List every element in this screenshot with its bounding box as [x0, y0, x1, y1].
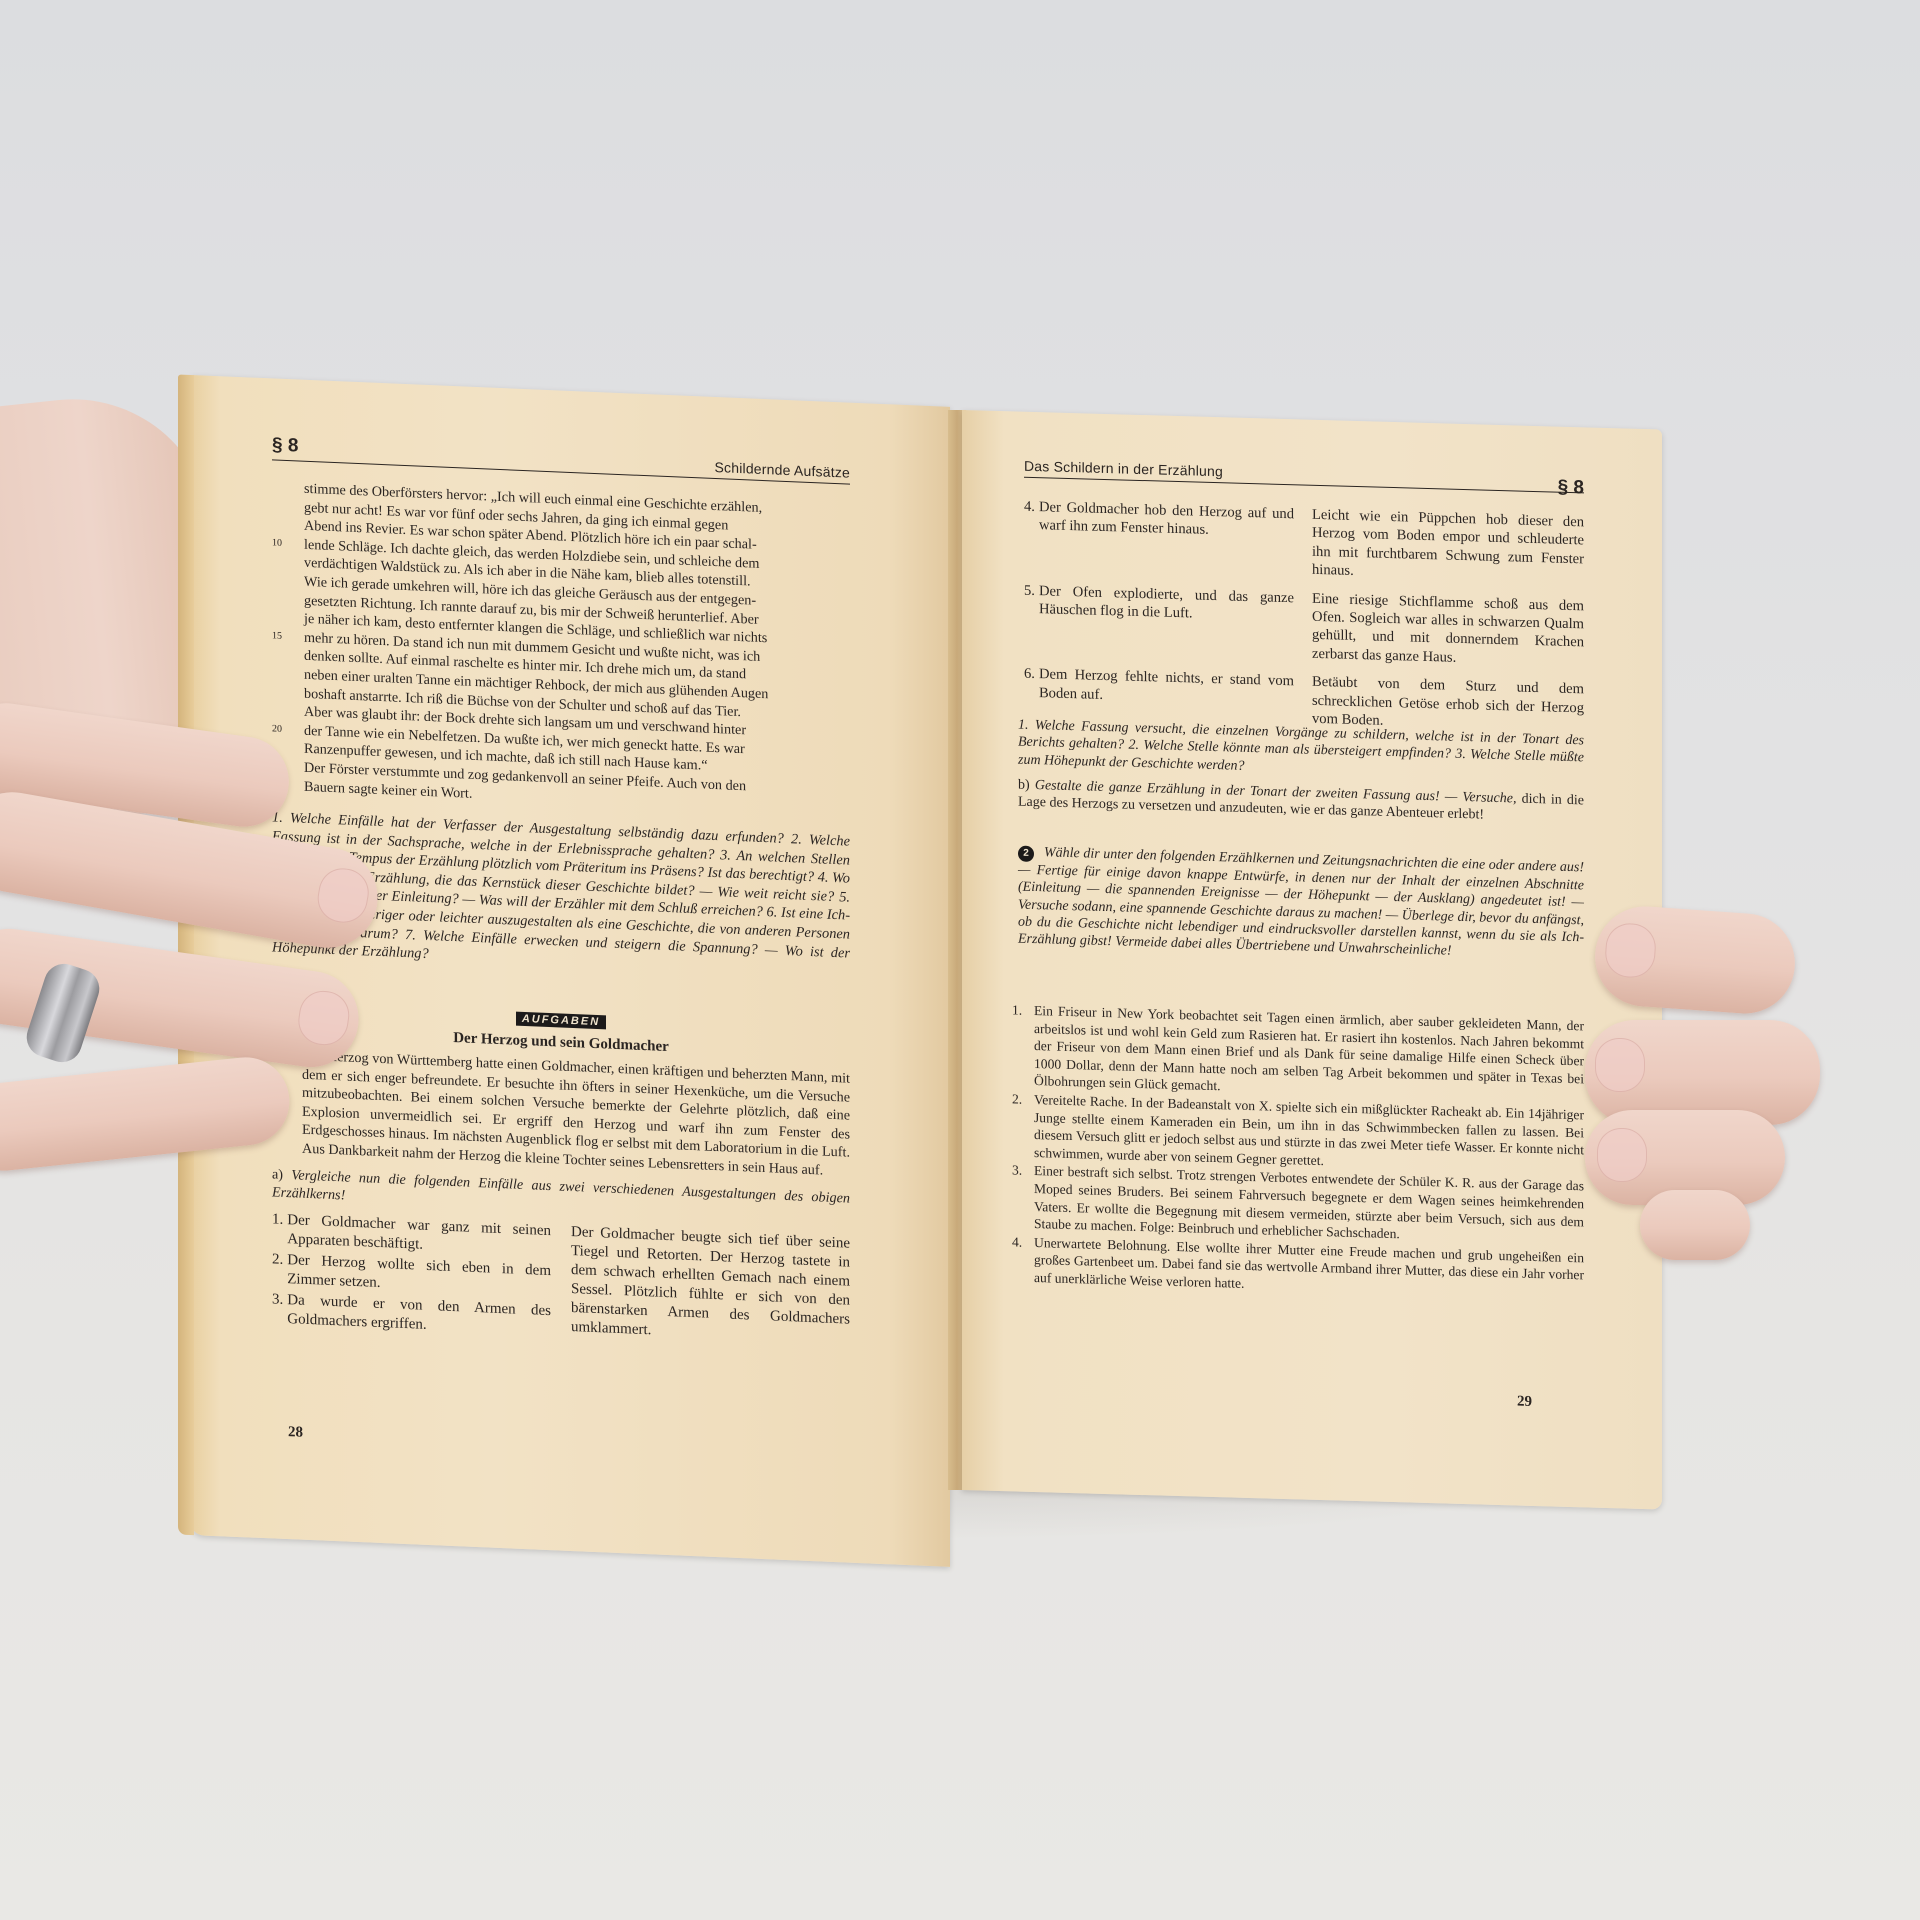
- fingernail: [314, 865, 373, 927]
- part-b-label: b): [1018, 778, 1030, 793]
- item-number: 3.: [272, 1290, 283, 1328]
- task2: 2Wähle dir unter den folgenden Erzählker…: [1018, 844, 1584, 965]
- right-hand: [1585, 890, 1825, 1270]
- section-mark: § 8: [1558, 477, 1584, 500]
- example-item: 1.Ein Friseur in New York beobachtet sei…: [1012, 1001, 1584, 1105]
- task2-text: Wähle dir unter den folgenden Erzählkern…: [1018, 845, 1584, 959]
- finger: [1640, 1190, 1750, 1260]
- photo-scene: § 8 Schildernde Aufsätze stimme des Ober…: [0, 0, 1920, 1920]
- example-number: 2.: [1012, 1090, 1026, 1161]
- left-hand: [0, 700, 420, 1260]
- row-left-text: Der Goldmacher hob den Herzog auf und wa…: [1039, 498, 1294, 579]
- comparison-row: 4.Der Goldmacher hob den Herzog auf und …: [1024, 498, 1584, 587]
- example-text: Ein Friseur in New York beobachtet seit …: [1034, 1002, 1584, 1105]
- row-left-text: Der Ofen explodierte, und das ganze Häus…: [1039, 582, 1294, 663]
- running-head: Das Schildern in der Erzählung: [1024, 458, 1223, 480]
- comparison-rows: 4.Der Goldmacher hob den Herzog auf und …: [1024, 498, 1584, 736]
- left-page-header: § 8 Schildernde Aufsätze: [272, 434, 850, 484]
- version-two-text: Der Goldmacher beugte sich tief über sei…: [571, 1223, 850, 1355]
- examples-list-wrap: 1.Ein Friseur in New York beobachtet sei…: [1012, 1001, 1584, 1302]
- fingernail: [295, 988, 352, 1048]
- fingernail: [1597, 1128, 1647, 1182]
- fingernail: [1595, 1038, 1645, 1092]
- row-number: 6.: [1024, 665, 1035, 721]
- section-mark: § 8: [272, 434, 298, 457]
- row-right-text: Eine riesige Stichflamme schoß aus dem O…: [1312, 589, 1584, 670]
- fingernail: [1604, 922, 1658, 979]
- row-number: 5.: [1024, 581, 1035, 655]
- example-number: 4.: [1012, 1233, 1026, 1286]
- tasks-badge: AUFGABEN: [516, 1012, 606, 1030]
- examples-list: 1.Ein Friseur in New York beobachtet sei…: [1012, 1001, 1584, 1301]
- row-right-text: Leicht wie ein Püppchen hob dieser den H…: [1312, 506, 1584, 587]
- task-number-badge: 2: [1018, 845, 1034, 861]
- example-number: 3.: [1012, 1162, 1026, 1233]
- line-number: 15: [272, 627, 282, 646]
- page-number-left: 28: [288, 1424, 303, 1442]
- example-number: 1.: [1012, 1001, 1026, 1089]
- right-page-header: Das Schildern in der Erzählung § 8: [1024, 452, 1584, 494]
- part-b: b) Gestalte die ganze Erzählung in der T…: [1018, 777, 1584, 828]
- right-page: Das Schildern in der Erzählung § 8 4.Der…: [962, 410, 1662, 1510]
- running-head: Schildernde Aufsätze: [714, 459, 850, 481]
- row-number: 4.: [1024, 498, 1035, 572]
- page-number-right: 29: [1517, 1394, 1532, 1411]
- comparison-row: 5.Der Ofen explodierte, und das ganze Hä…: [1024, 581, 1584, 670]
- line-number: 10: [272, 534, 282, 553]
- finger: [0, 1053, 294, 1175]
- thumb: [1592, 903, 1798, 1017]
